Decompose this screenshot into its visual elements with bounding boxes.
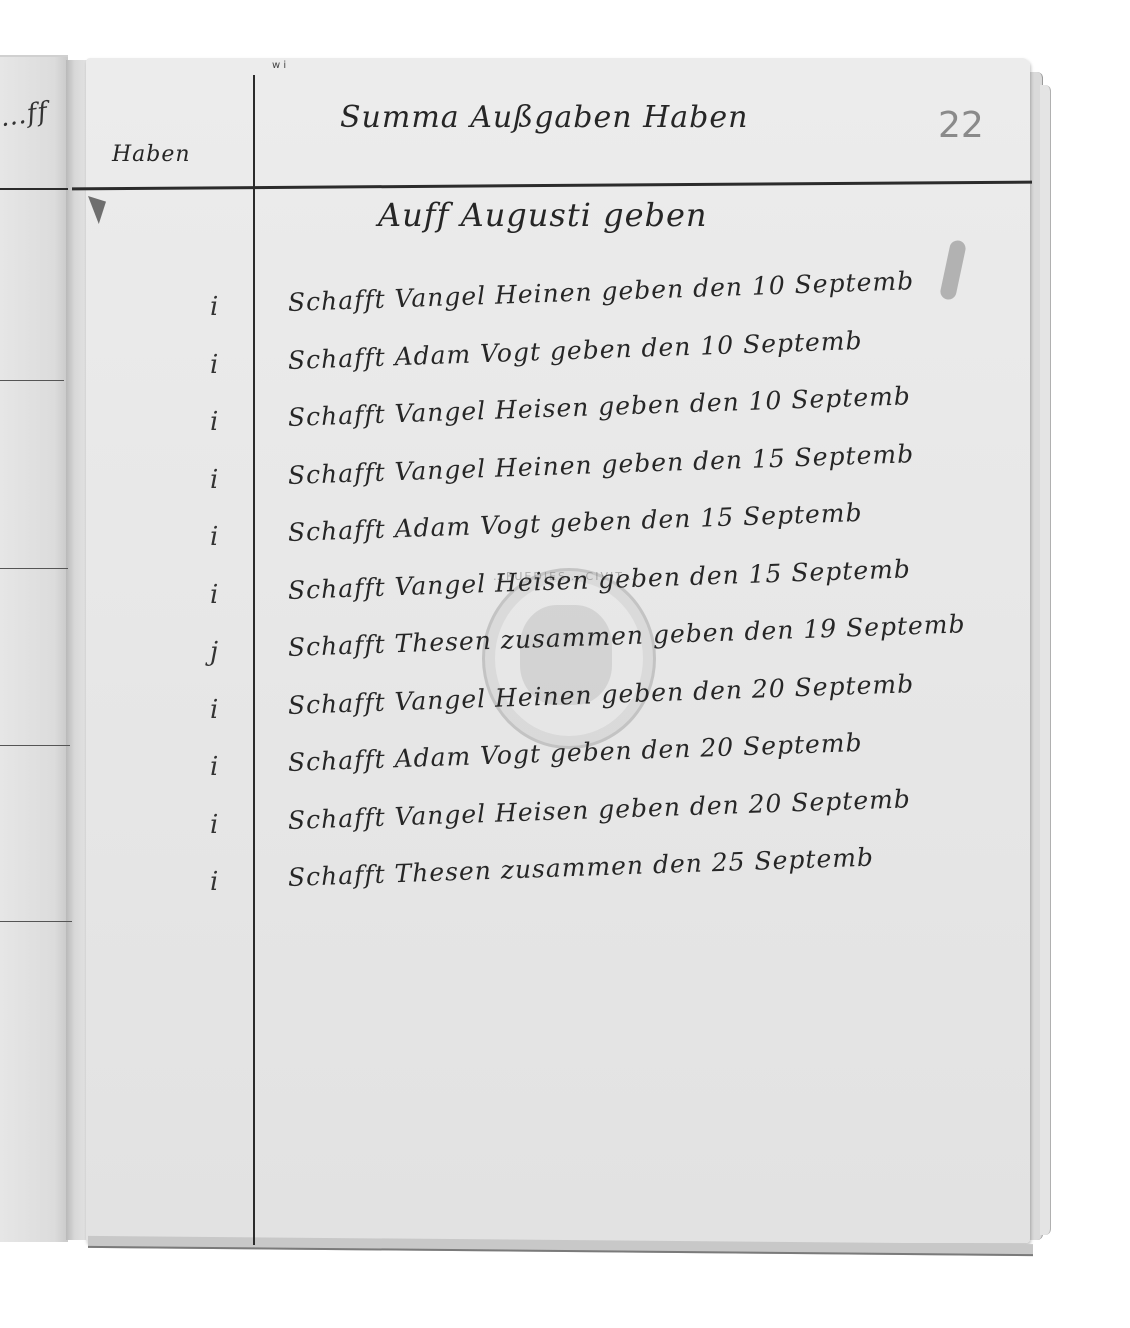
page-stack-edge bbox=[1040, 85, 1051, 1235]
ledger-entry: iSchafft Vangel Heinen geben den 15 Sept… bbox=[200, 455, 1030, 513]
folio-number: 22 bbox=[938, 105, 984, 146]
column-header-haben: Haben bbox=[112, 142, 191, 167]
top-margin-mark: w i bbox=[272, 60, 286, 71]
book-gutter bbox=[66, 60, 88, 1240]
previous-page-rule bbox=[0, 921, 72, 922]
tally-mark: i bbox=[210, 350, 219, 380]
previous-page-rule bbox=[0, 568, 68, 569]
tally-mark: j bbox=[210, 637, 219, 667]
tally-mark: i bbox=[210, 752, 219, 782]
ledger-entries: iSchafft Vangel Heinen geben den 10 Sept… bbox=[200, 282, 1030, 915]
tally-mark: i bbox=[210, 522, 219, 552]
page-title: Summa Außgaben Haben bbox=[340, 100, 748, 135]
previous-page-rule bbox=[0, 380, 64, 381]
ledger-entry: iSchafft Vangel Heinen geben den 10 Sept… bbox=[200, 282, 1030, 340]
tally-mark: i bbox=[210, 465, 219, 495]
section-heading: Auff Augusti geben bbox=[378, 196, 708, 234]
previous-page-rule bbox=[0, 188, 68, 190]
tally-mark: i bbox=[210, 292, 219, 322]
ledger-entry: iSchafft Vangel Heisen geben den 20 Sept… bbox=[200, 800, 1030, 858]
tally-mark: i bbox=[210, 867, 219, 897]
tally-mark: i bbox=[210, 580, 219, 610]
previous-page-rule bbox=[0, 745, 70, 746]
tally-mark: i bbox=[210, 695, 219, 725]
previous-page-edge bbox=[0, 55, 68, 1242]
ledger-entry: iSchafft Vangel Heinen geben den 20 Sept… bbox=[200, 685, 1030, 743]
tally-mark: i bbox=[210, 407, 219, 437]
tally-mark: i bbox=[210, 810, 219, 840]
ledger-entry: iSchafft Thesen zusammen den 25 Septemb bbox=[200, 857, 1030, 915]
